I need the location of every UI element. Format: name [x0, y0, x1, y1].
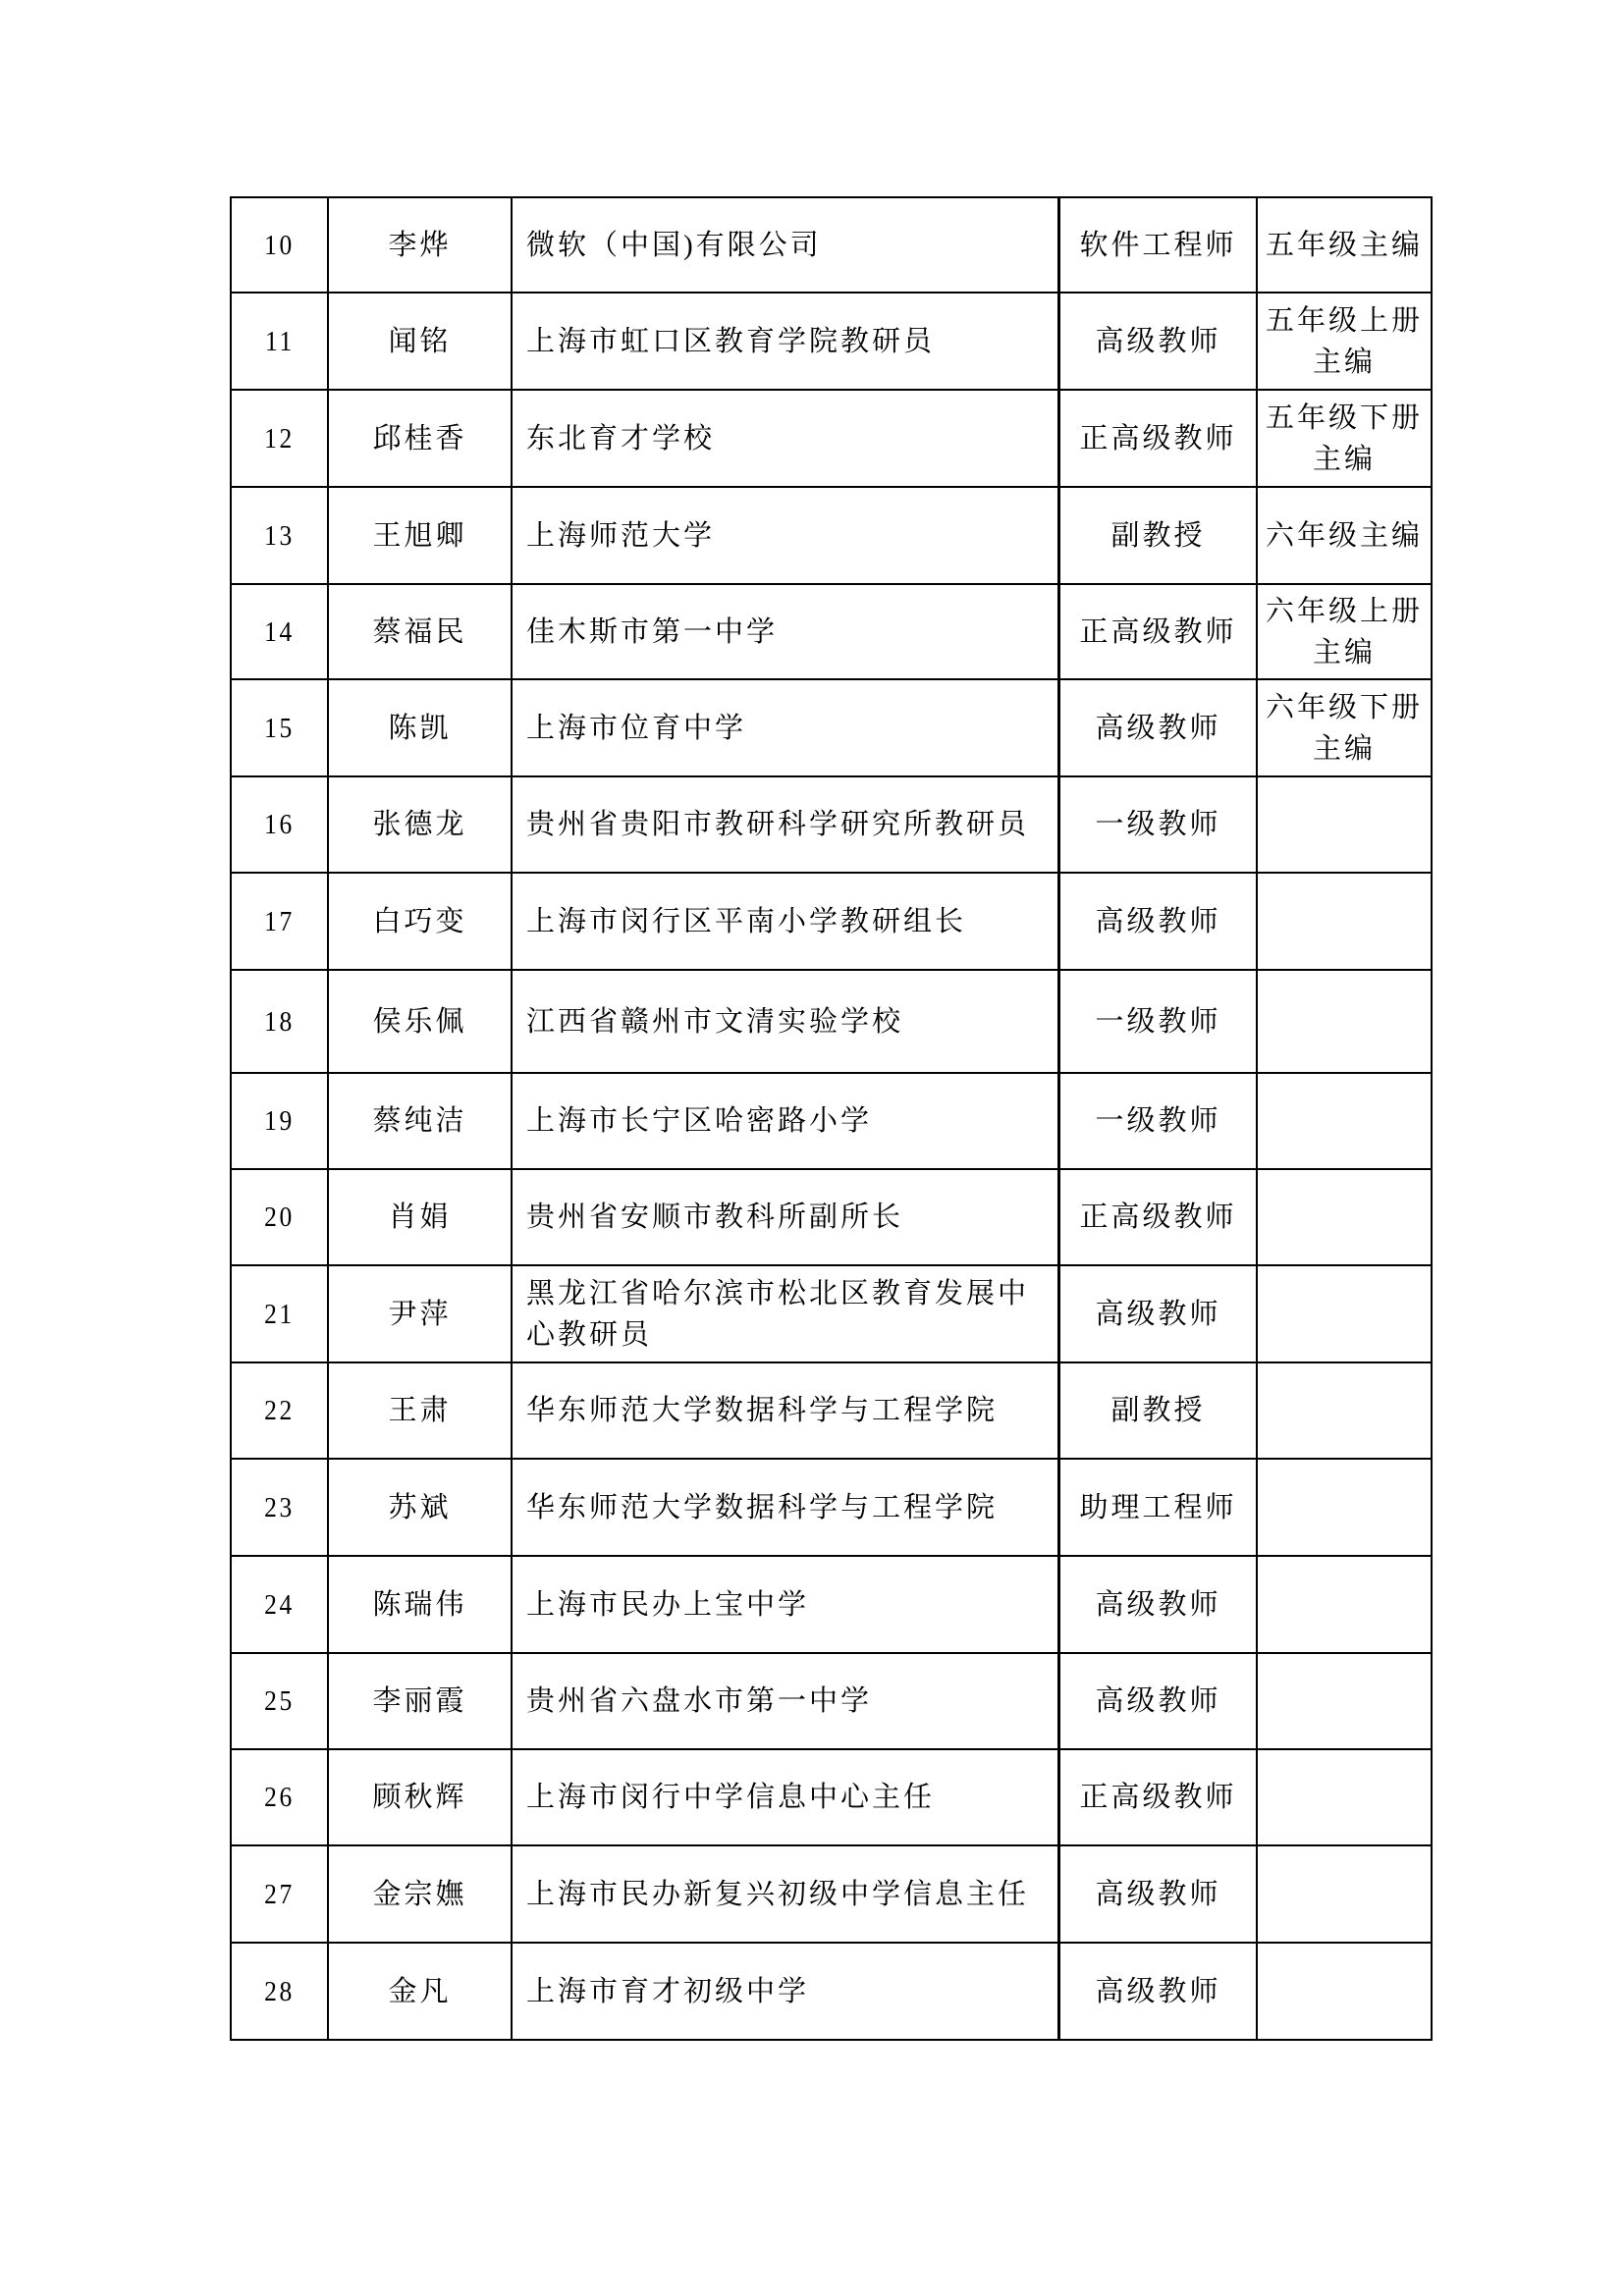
member-role — [1257, 1169, 1432, 1265]
member-title: 软件工程师 — [1059, 197, 1258, 293]
member-role: 六年级下册主编 — [1257, 679, 1432, 776]
member-organization: 上海市位育中学 — [512, 679, 1059, 776]
member-title: 高级教师 — [1059, 873, 1258, 970]
member-name: 侯乐佩 — [328, 970, 512, 1073]
member-title: 高级教师 — [1059, 679, 1258, 776]
row-number: 10 — [231, 197, 328, 293]
table-row: 15 陈凯 上海市位育中学 高级教师 六年级下册主编 — [231, 679, 1432, 776]
member-title: 正高级教师 — [1059, 1749, 1258, 1845]
table-row: 26 顾秋辉 上海市闵行中学信息中心主任 正高级教师 — [231, 1749, 1432, 1845]
member-role — [1257, 776, 1432, 873]
member-role — [1257, 970, 1432, 1073]
row-number: 12 — [231, 390, 328, 487]
row-number: 15 — [231, 679, 328, 776]
row-number: 13 — [231, 487, 328, 584]
member-organization: 上海市闵行区平南小学教研组长 — [512, 873, 1059, 970]
row-number: 17 — [231, 873, 328, 970]
member-name: 王肃 — [328, 1362, 512, 1459]
row-number: 22 — [231, 1362, 328, 1459]
member-role — [1257, 1362, 1432, 1459]
table-row: 19 蔡纯洁 上海市长宁区哈密路小学 一级教师 — [231, 1073, 1432, 1169]
member-role — [1257, 873, 1432, 970]
table-row: 21 尹萍 黑龙江省哈尔滨市松北区教育发展中心教研员 高级教师 — [231, 1265, 1432, 1362]
member-organization: 上海市民办新复兴初级中学信息主任 — [512, 1845, 1059, 1943]
row-number: 14 — [231, 584, 328, 679]
row-number: 16 — [231, 776, 328, 873]
table-row: 27 金宗嫵 上海市民办新复兴初级中学信息主任 高级教师 — [231, 1845, 1432, 1943]
row-number: 20 — [231, 1169, 328, 1265]
member-name: 金凡 — [328, 1943, 512, 2040]
row-number: 21 — [231, 1265, 328, 1362]
member-title: 高级教师 — [1059, 1265, 1258, 1362]
member-title: 高级教师 — [1059, 1943, 1258, 2040]
member-name: 蔡纯洁 — [328, 1073, 512, 1169]
member-role: 六年级上册主编 — [1257, 584, 1432, 679]
member-title: 正高级教师 — [1059, 584, 1258, 679]
member-role — [1257, 1265, 1432, 1362]
member-role: 六年级主编 — [1257, 487, 1432, 584]
member-title: 一级教师 — [1059, 1073, 1258, 1169]
member-organization: 上海市育才初级中学 — [512, 1943, 1059, 2040]
member-name: 白巧变 — [328, 873, 512, 970]
member-role — [1257, 1556, 1432, 1653]
table-row: 16 张德龙 贵州省贵阳市教研科学研究所教研员 一级教师 — [231, 776, 1432, 873]
member-organization: 贵州省贵阳市教研科学研究所教研员 — [512, 776, 1059, 873]
member-title: 正高级教师 — [1059, 1169, 1258, 1265]
member-title: 助理工程师 — [1059, 1459, 1258, 1556]
table-row: 13 王旭卿 上海师范大学 副教授 六年级主编 — [231, 487, 1432, 584]
row-number: 25 — [231, 1653, 328, 1749]
table-row: 25 李丽霞 贵州省六盘水市第一中学 高级教师 — [231, 1653, 1432, 1749]
member-name: 陈瑞伟 — [328, 1556, 512, 1653]
member-role: 五年级下册主编 — [1257, 390, 1432, 487]
member-name: 闻铭 — [328, 293, 512, 390]
member-name: 金宗嫵 — [328, 1845, 512, 1943]
table-row: 12 邱桂香 东北育才学校 正高级教师 五年级下册主编 — [231, 390, 1432, 487]
member-table: 10 李烨 微软（中国)有限公司 软件工程师 五年级主编 11 闻铭 上海市虹口… — [230, 196, 1433, 2041]
row-number: 24 — [231, 1556, 328, 1653]
table-row: 24 陈瑞伟 上海市民办上宝中学 高级教师 — [231, 1556, 1432, 1653]
member-name: 王旭卿 — [328, 487, 512, 584]
table-row: 18 侯乐佩 江西省赣州市文清实验学校 一级教师 — [231, 970, 1432, 1073]
member-title: 副教授 — [1059, 1362, 1258, 1459]
table-row: 11 闻铭 上海市虹口区教育学院教研员 高级教师 五年级上册主编 — [231, 293, 1432, 390]
member-organization: 华东师范大学数据科学与工程学院 — [512, 1362, 1059, 1459]
member-name: 陈凯 — [328, 679, 512, 776]
member-name: 蔡福民 — [328, 584, 512, 679]
member-role — [1257, 1749, 1432, 1845]
row-number: 27 — [231, 1845, 328, 1943]
member-title: 一级教师 — [1059, 776, 1258, 873]
member-name: 张德龙 — [328, 776, 512, 873]
member-organization: 东北育才学校 — [512, 390, 1059, 487]
member-role — [1257, 1845, 1432, 1943]
row-number: 28 — [231, 1943, 328, 2040]
member-organization: 上海市虹口区教育学院教研员 — [512, 293, 1059, 390]
member-title: 高级教师 — [1059, 293, 1258, 390]
member-title: 一级教师 — [1059, 970, 1258, 1073]
member-role — [1257, 1459, 1432, 1556]
member-organization: 上海市民办上宝中学 — [512, 1556, 1059, 1653]
member-organization: 贵州省安顺市教科所副所长 — [512, 1169, 1059, 1265]
member-organization: 佳木斯市第一中学 — [512, 584, 1059, 679]
member-title: 正高级教师 — [1059, 390, 1258, 487]
member-role: 五年级上册主编 — [1257, 293, 1432, 390]
member-name: 李烨 — [328, 197, 512, 293]
member-title: 副教授 — [1059, 487, 1258, 584]
table-row: 17 白巧变 上海市闵行区平南小学教研组长 高级教师 — [231, 873, 1432, 970]
member-organization: 上海师范大学 — [512, 487, 1059, 584]
member-title: 高级教师 — [1059, 1653, 1258, 1749]
member-role — [1257, 1073, 1432, 1169]
member-organization: 上海市长宁区哈密路小学 — [512, 1073, 1059, 1169]
member-role: 五年级主编 — [1257, 197, 1432, 293]
member-name: 邱桂香 — [328, 390, 512, 487]
table-row: 23 苏斌 华东师范大学数据科学与工程学院 助理工程师 — [231, 1459, 1432, 1556]
member-name: 肖娟 — [328, 1169, 512, 1265]
row-number: 23 — [231, 1459, 328, 1556]
member-title: 高级教师 — [1059, 1556, 1258, 1653]
member-role — [1257, 1653, 1432, 1749]
member-organization: 贵州省六盘水市第一中学 — [512, 1653, 1059, 1749]
member-organization: 华东师范大学数据科学与工程学院 — [512, 1459, 1059, 1556]
table-row: 22 王肃 华东师范大学数据科学与工程学院 副教授 — [231, 1362, 1432, 1459]
table-row: 14 蔡福民 佳木斯市第一中学 正高级教师 六年级上册主编 — [231, 584, 1432, 679]
member-name: 李丽霞 — [328, 1653, 512, 1749]
member-role — [1257, 1943, 1432, 2040]
member-organization: 微软（中国)有限公司 — [512, 197, 1059, 293]
member-organization: 上海市闵行中学信息中心主任 — [512, 1749, 1059, 1845]
member-organization: 江西省赣州市文清实验学校 — [512, 970, 1059, 1073]
member-title: 高级教师 — [1059, 1845, 1258, 1943]
table-row: 10 李烨 微软（中国)有限公司 软件工程师 五年级主编 — [231, 197, 1432, 293]
member-name: 顾秋辉 — [328, 1749, 512, 1845]
member-name: 苏斌 — [328, 1459, 512, 1556]
row-number: 18 — [231, 970, 328, 1073]
row-number: 19 — [231, 1073, 328, 1169]
member-organization: 黑龙江省哈尔滨市松北区教育发展中心教研员 — [512, 1265, 1059, 1362]
row-number: 26 — [231, 1749, 328, 1845]
row-number: 11 — [231, 293, 328, 390]
member-name: 尹萍 — [328, 1265, 512, 1362]
table-row: 20 肖娟 贵州省安顺市教科所副所长 正高级教师 — [231, 1169, 1432, 1265]
table-row: 28 金凡 上海市育才初级中学 高级教师 — [231, 1943, 1432, 2040]
